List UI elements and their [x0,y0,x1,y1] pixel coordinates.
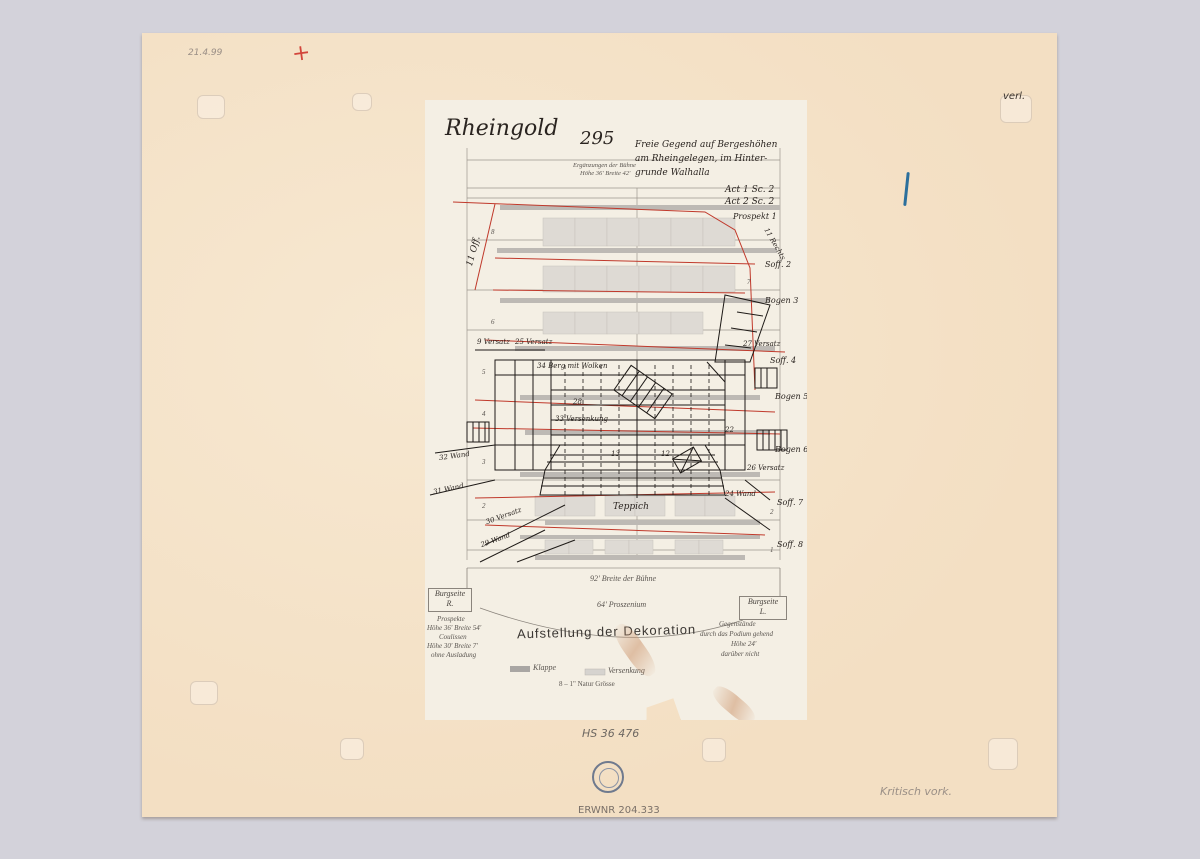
label-left-25: 25 Versatz [515,338,552,346]
description-line-1: Freie Gegend auf Bergeshöhen [635,140,777,150]
stage-dims-line-1: Ergänzungen der Bühne [573,162,636,169]
grid-number-left-2: 2 [482,502,486,510]
library-stamp [592,761,624,793]
pencil-note-verl: verl. [1003,91,1025,102]
scale-label: 8 – 1" Natur Grösse [559,680,615,688]
grid-number-left-6: 6 [491,318,495,326]
burgseite-right-label: Burgseite [429,589,471,599]
right-note-2: durch das Podium gehend [700,630,773,638]
opera-title: Rheingold [445,116,558,141]
pencil-date: 21.4.99 [188,48,222,58]
label-bogen-5: Bogen 5 [775,392,808,401]
label-right-27: 27 Versatz [743,340,780,348]
pencil-note-bottom-right: Kritisch vork. [880,785,952,798]
hinge-mark [988,738,1018,770]
label-soffitte-2: Soff. 2 [765,260,791,269]
stage-dims-line-2: Höhe 36' Breite 42' [580,170,630,177]
burgseite-right-side: R. [429,599,471,609]
label-13: 13 [611,450,620,458]
stage-plan-sheet: Rheingold 295 Freie Gegend auf Bergeshöh… [425,100,807,720]
hinge-mark [197,95,225,119]
label-prospekt: Prospekt 1 [733,212,777,221]
label-soffitte-7: Soff. 7 [777,498,803,507]
label-center-33: 33 Versenkung [555,415,608,423]
label-right-24: 24 Wand [725,490,756,498]
right-note-1: Gegenstände [719,620,756,628]
label-12: 12 [661,450,670,458]
label-teppich: Teppich [613,502,649,512]
left-note-5: ohne Ausladung [431,651,476,659]
stage-width-label: 92' Breite der Bühne [590,574,656,583]
burgseite-right-box: Burgseite R. [428,588,472,612]
grid-number-right-7: 7 [747,278,751,286]
left-note-1: Prospekte [437,615,465,623]
grid-number-left-5: 5 [482,368,486,376]
left-note-4: Höhe 30' Breite 7' [427,642,478,650]
label-center-28: 28 [573,398,582,406]
burgseite-left-label: Burgseite [740,597,786,607]
hinge-mark [190,681,218,705]
grid-number-left-3: 3 [482,458,486,466]
left-note-3: Coulissen [439,633,467,641]
hinge-mark [352,93,372,111]
grid-number-right-2: 2 [770,508,774,516]
label-bogen-6: Bogen 6 [775,445,808,454]
proscenium-label: 64' Proszenium [597,600,646,609]
grid-number-left-4: 4 [482,410,486,418]
red-cross-mark: + [290,40,312,67]
label-right-26: 26 Versatz [747,464,784,472]
act-scene-2: Act 2 Sc. 2 [725,197,774,207]
hinge-mark [702,738,726,762]
description-line-3: grunde Walhalla [635,168,710,178]
label-left-9: 9 Versatz [477,338,510,346]
label-soffitte-8: Soff. 8 [777,540,803,549]
burgseite-left-side: L. [740,607,786,617]
accession-number: ERWNR 204.333 [578,805,660,816]
grid-number-left-8: 8 [491,228,495,236]
inventory-number: HS 36 476 [582,727,639,740]
description-line-2: am Rheingelegen, im Hinter- [635,154,767,164]
plan-number: 295 [580,128,614,149]
hinge-mark [340,738,364,760]
label-bogen-3: Bogen 3 [765,296,798,305]
burgseite-left-box: Burgseite L. [739,596,787,620]
act-scene-1: Act 1 Sc. 2 [725,185,774,195]
label-center-34: 34 Berg mit Wolken [537,362,607,370]
legend-swatch-klappe [510,666,530,672]
legend-swatch-versenkung [585,669,605,675]
left-note-2: Höhe 36' Breite 54' [427,624,481,632]
label-soffitte-4: Soff. 4 [770,356,796,365]
legend-label-klappe: Klappe [533,663,556,672]
right-note-4: darüber nicht [721,650,759,658]
right-note-3: Höhe 24' [731,640,756,648]
grid-number-right-1: 1 [770,546,774,554]
label-22: 22 [725,426,734,434]
